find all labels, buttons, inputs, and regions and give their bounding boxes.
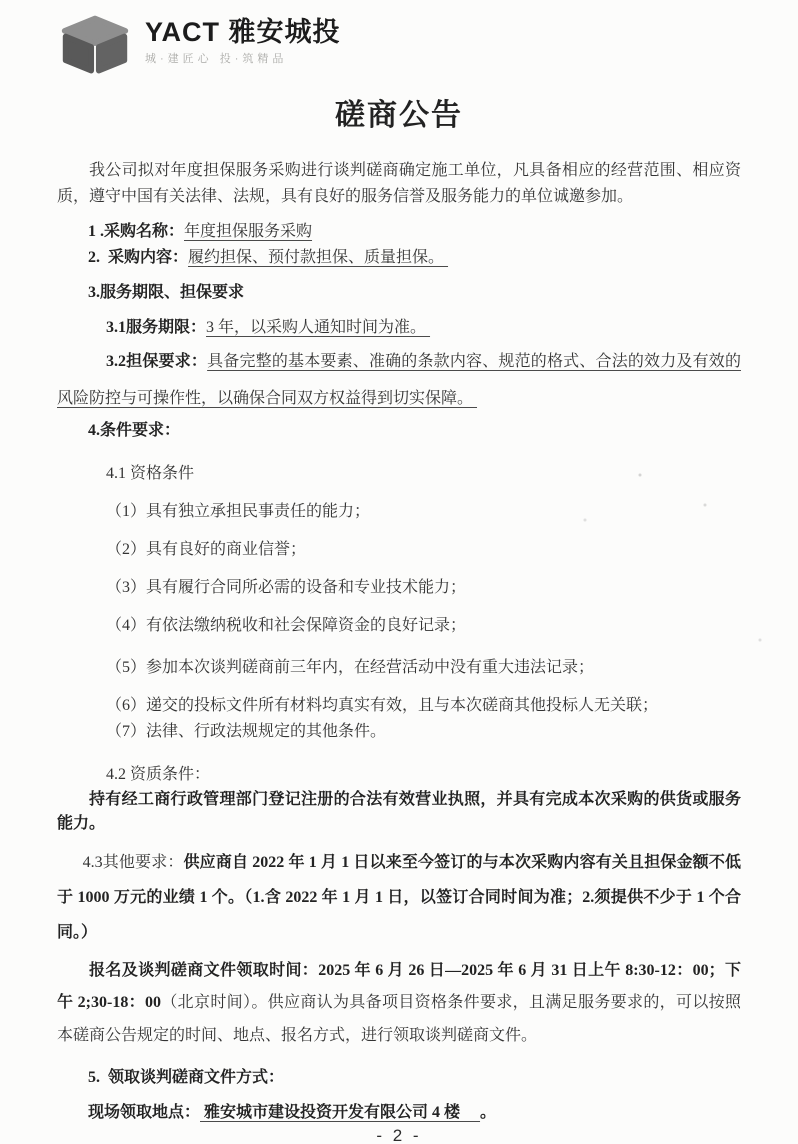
logo-brand-text: YACT 雅安城投 <box>145 18 341 46</box>
condition-7: （7）法律、行政法规规定的其他条件。 <box>106 719 741 745</box>
text-segment: （5）参加本次谈判磋商前三年内，在经营活动中没有重大违法记录； <box>106 659 594 676</box>
purchase-name-value: 年度担保服务采购 <box>184 223 312 240</box>
registration-time-label: 报名及谈判磋商文件领取时间： <box>89 962 318 979</box>
text-segment: 4.1 资格条件 <box>106 465 194 482</box>
item-4-heading: 4.条件要求： <box>88 418 741 444</box>
condition-3: （3）具有履行合同所必需的设备和专业技术能力； <box>106 575 741 601</box>
text-segment: 持有经工商行政管理部门登记注册的合法有效营业执照，并具有完成本次采购的供货或服务… <box>57 791 741 832</box>
item-4-1-heading: 4.1 资格条件 <box>106 461 741 487</box>
condition-6: （6）递交的投标文件所有材料均真实有效，且与本次磋商其他投标人无关联； <box>106 693 741 719</box>
document-content: 我公司拟对年度担保服务采购进行谈判磋商确定施工单位，凡具备相应的经营范围、相应资… <box>57 158 741 1126</box>
text-segment: （4）有依法缴纳税收和社会保障资金的良好记录； <box>106 617 466 634</box>
item-4-2-heading: 4.2 资质条件： <box>106 762 741 788</box>
item-5-heading: 5. 领取谈判磋商文件方式： <box>88 1065 741 1091</box>
item-1-purchase-name: 1 .采购名称：年度担保服务采购 <box>88 219 741 245</box>
page-footer: - 2 - <box>57 1126 741 1144</box>
purchase-content-label: 2. 采购内容： <box>88 249 188 266</box>
condition-5: （5）参加本次谈判磋商前三年内，在经营活动中没有重大违法记录； <box>106 655 741 681</box>
item-3-heading: 3.服务期限、担保要求 <box>88 280 741 306</box>
text-segment: 。 <box>480 1104 496 1121</box>
item-3-1-service-term: 3.1服务期限：3 年，以采购人通知时间为准。 <box>106 315 741 341</box>
service-term-label: 3.1服务期限： <box>106 319 206 336</box>
letterhead: YACT 雅安城投 城·建匠心 投·筑精品 <box>59 12 741 78</box>
text-segment: （1）具有独立承担民事责任的能力； <box>106 503 370 520</box>
logo-tagline: 城·建匠心 投·筑精品 <box>145 50 341 66</box>
text-segment: （7）法律、行政法规规定的其他条件。 <box>106 723 386 740</box>
condition-1: （1）具有独立承担民事责任的能力； <box>106 499 741 525</box>
pickup-location: 现场领取地点： 雅安城市建设投资开发有限公司 4 楼 。 <box>88 1100 741 1126</box>
text-segment: 4.条件要求： <box>88 422 180 439</box>
intro-paragraph: 我公司拟对年度担保服务采购进行谈判磋商确定施工单位，凡具备相应的经营范围、相应资… <box>57 158 741 210</box>
registration-time-paragraph: 报名及谈判磋商文件领取时间：2025 年 6 月 26 日—2025 年 6 月… <box>57 955 741 1053</box>
item-2-purchase-content: 2. 采购内容：履约担保、预付款担保、质量担保。 <box>88 245 741 271</box>
logo-text: YACT 雅安城投 城·建匠心 投·筑精品 <box>145 18 341 66</box>
condition-4: （4）有依法缴纳税收和社会保障资金的良好记录； <box>106 613 741 639</box>
text-segment: （3）具有履行合同所必需的设备和专业技术能力； <box>106 579 466 596</box>
page-title: 磋商公告 <box>57 90 741 134</box>
condition-2: （2）具有良好的商业信誉； <box>106 537 741 563</box>
item-4-2-content: 持有经工商行政管理部门登记注册的合法有效营业执照，并具有完成本次采购的供货或服务… <box>57 788 741 836</box>
guarantee-require-label: 3.2担保要求： <box>106 353 207 370</box>
service-term-value: 3 年，以采购人通知时间为准。 <box>206 319 430 336</box>
text-segment: 5. 领取谈判磋商文件方式： <box>88 1069 284 1086</box>
other-require-label: 4.3其他要求： <box>83 854 184 871</box>
page-number: - 2 - <box>376 1126 421 1144</box>
pickup-location-label: 现场领取地点： <box>88 1104 200 1121</box>
pickup-location-value: 雅安城市建设投资开发有限公司 4 楼 <box>200 1104 480 1121</box>
logo-cube-icon <box>59 14 131 78</box>
text-segment: 3.服务期限、担保要求 <box>88 284 244 301</box>
text-segment: 4.2 资质条件： <box>106 766 210 783</box>
purchase-content-value: 履约担保、预付款担保、质量担保。 <box>188 249 448 266</box>
purchase-name-label: 1 .采购名称： <box>88 223 184 240</box>
text-segment: 我公司拟对年度担保服务采购进行谈判磋商确定施工单位，凡具备相应的经营范围、相应资… <box>57 162 741 205</box>
item-4-3-other-requirements: 4.3其他要求：供应商自 2022 年 1 月 1 日以来至今签订的与本次采购内… <box>57 845 741 951</box>
text-segment: （6）递交的投标文件所有材料均真实有效，且与本次磋商其他投标人无关联； <box>106 697 658 714</box>
scanned-document-page: YACT 雅安城投 城·建匠心 投·筑精品 磋商公告 我公司拟对年度担保服务采购… <box>0 0 798 1144</box>
text-segment: （2）具有良好的商业信誉； <box>106 541 306 558</box>
item-3-2-guarantee-requirements: 3.2担保要求：具备完整的基本要素、准确的条款内容、规范的格式、合法的效力及有效… <box>57 344 741 418</box>
